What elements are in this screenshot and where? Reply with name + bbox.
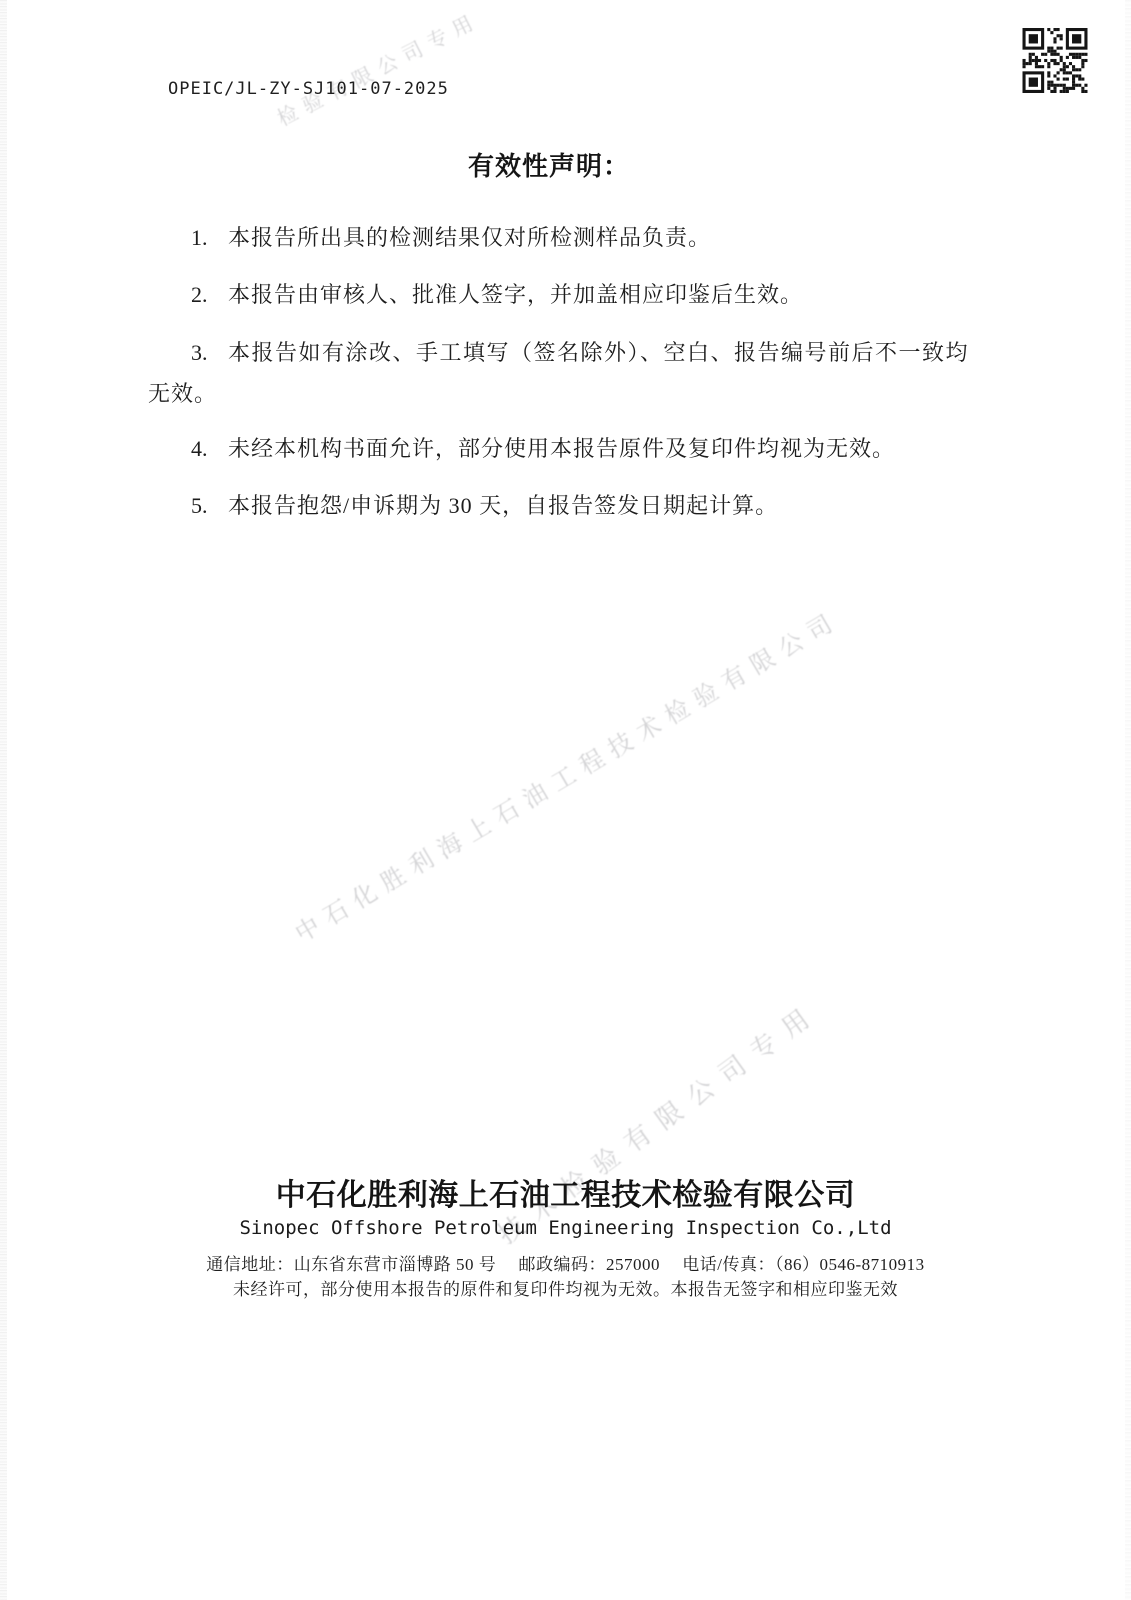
item-text: 本报告所出具的检测结果仅对所检测样品负责。 bbox=[228, 225, 711, 250]
diagonal-watermark-top: 检验有限公司专用 bbox=[271, 4, 484, 132]
company-name-cn: 中石化胜利海上石油工程技术检验有限公司 bbox=[0, 1178, 1131, 1214]
item-text: 本报告抱怨/申诉期为 30 天，自报告签发日期起计算。 bbox=[228, 493, 778, 518]
qr-code bbox=[1022, 28, 1088, 93]
scan-edge-artifact-right bbox=[1125, 0, 1131, 1600]
statement-item-3-continuation: 无效。 bbox=[148, 377, 217, 408]
item-number: 4. bbox=[191, 436, 228, 462]
statement-item-2: 2.本报告由审核人、批准人签字，并加盖相应印鉴后生效。 bbox=[191, 278, 803, 309]
statement-item-5: 5.本报告抱怨/申诉期为 30 天，自报告签发日期起计算。 bbox=[191, 489, 778, 520]
item-number: 3. bbox=[191, 340, 228, 366]
document-code: OPEIC/JL-ZY-SJ101-07-2025 bbox=[168, 79, 449, 99]
company-name-en: Sinopec Offshore Petroleum Engineering I… bbox=[0, 1215, 1131, 1241]
statement-title: 有效性声明： bbox=[468, 146, 630, 183]
diagonal-watermark-middle: 中石化胜利海上石油工程技术检验有限公司 bbox=[287, 600, 845, 948]
company-notice-line: 未经许可，部分使用本报告的原件和复印件均视为无效。本报告无签字和相应印鉴无效 bbox=[0, 1278, 1131, 1302]
footer-company-block: 中石化胜利海上石油工程技术检验有限公司 Sinopec Offshore Pet… bbox=[0, 1178, 1131, 1302]
item-text: 本报告由审核人、批准人签字，并加盖相应印鉴后生效。 bbox=[228, 282, 803, 307]
item-number: 5. bbox=[191, 493, 228, 519]
scan-edge-artifact-left bbox=[0, 0, 7, 1600]
statement-item-4: 4.未经本机构书面允许，部分使用本报告原件及复印件均视为无效。 bbox=[191, 432, 895, 463]
item-number: 2. bbox=[191, 282, 228, 308]
company-contact-line: 通信地址：山东省东营市淄博路 50 号 邮政编码：257000 电话/传真：（8… bbox=[0, 1253, 1131, 1277]
statement-item-3: 3.本报告如有涂改、手工填写（签名除外）、空白、报告编号前后不一致均 bbox=[191, 336, 969, 367]
item-number: 1. bbox=[191, 225, 228, 251]
document-page: 检验有限公司专用 中石化胜利海上石油工程技术检验有限公司 技术检验有限公司专用 … bbox=[0, 0, 1131, 1600]
item-text: 未经本机构书面允许，部分使用本报告原件及复印件均视为无效。 bbox=[228, 436, 895, 461]
item-text: 本报告如有涂改、手工填写（签名除外）、空白、报告编号前后不一致均 bbox=[228, 340, 969, 365]
statement-item-1: 1.本报告所出具的检测结果仅对所检测样品负责。 bbox=[191, 221, 711, 252]
